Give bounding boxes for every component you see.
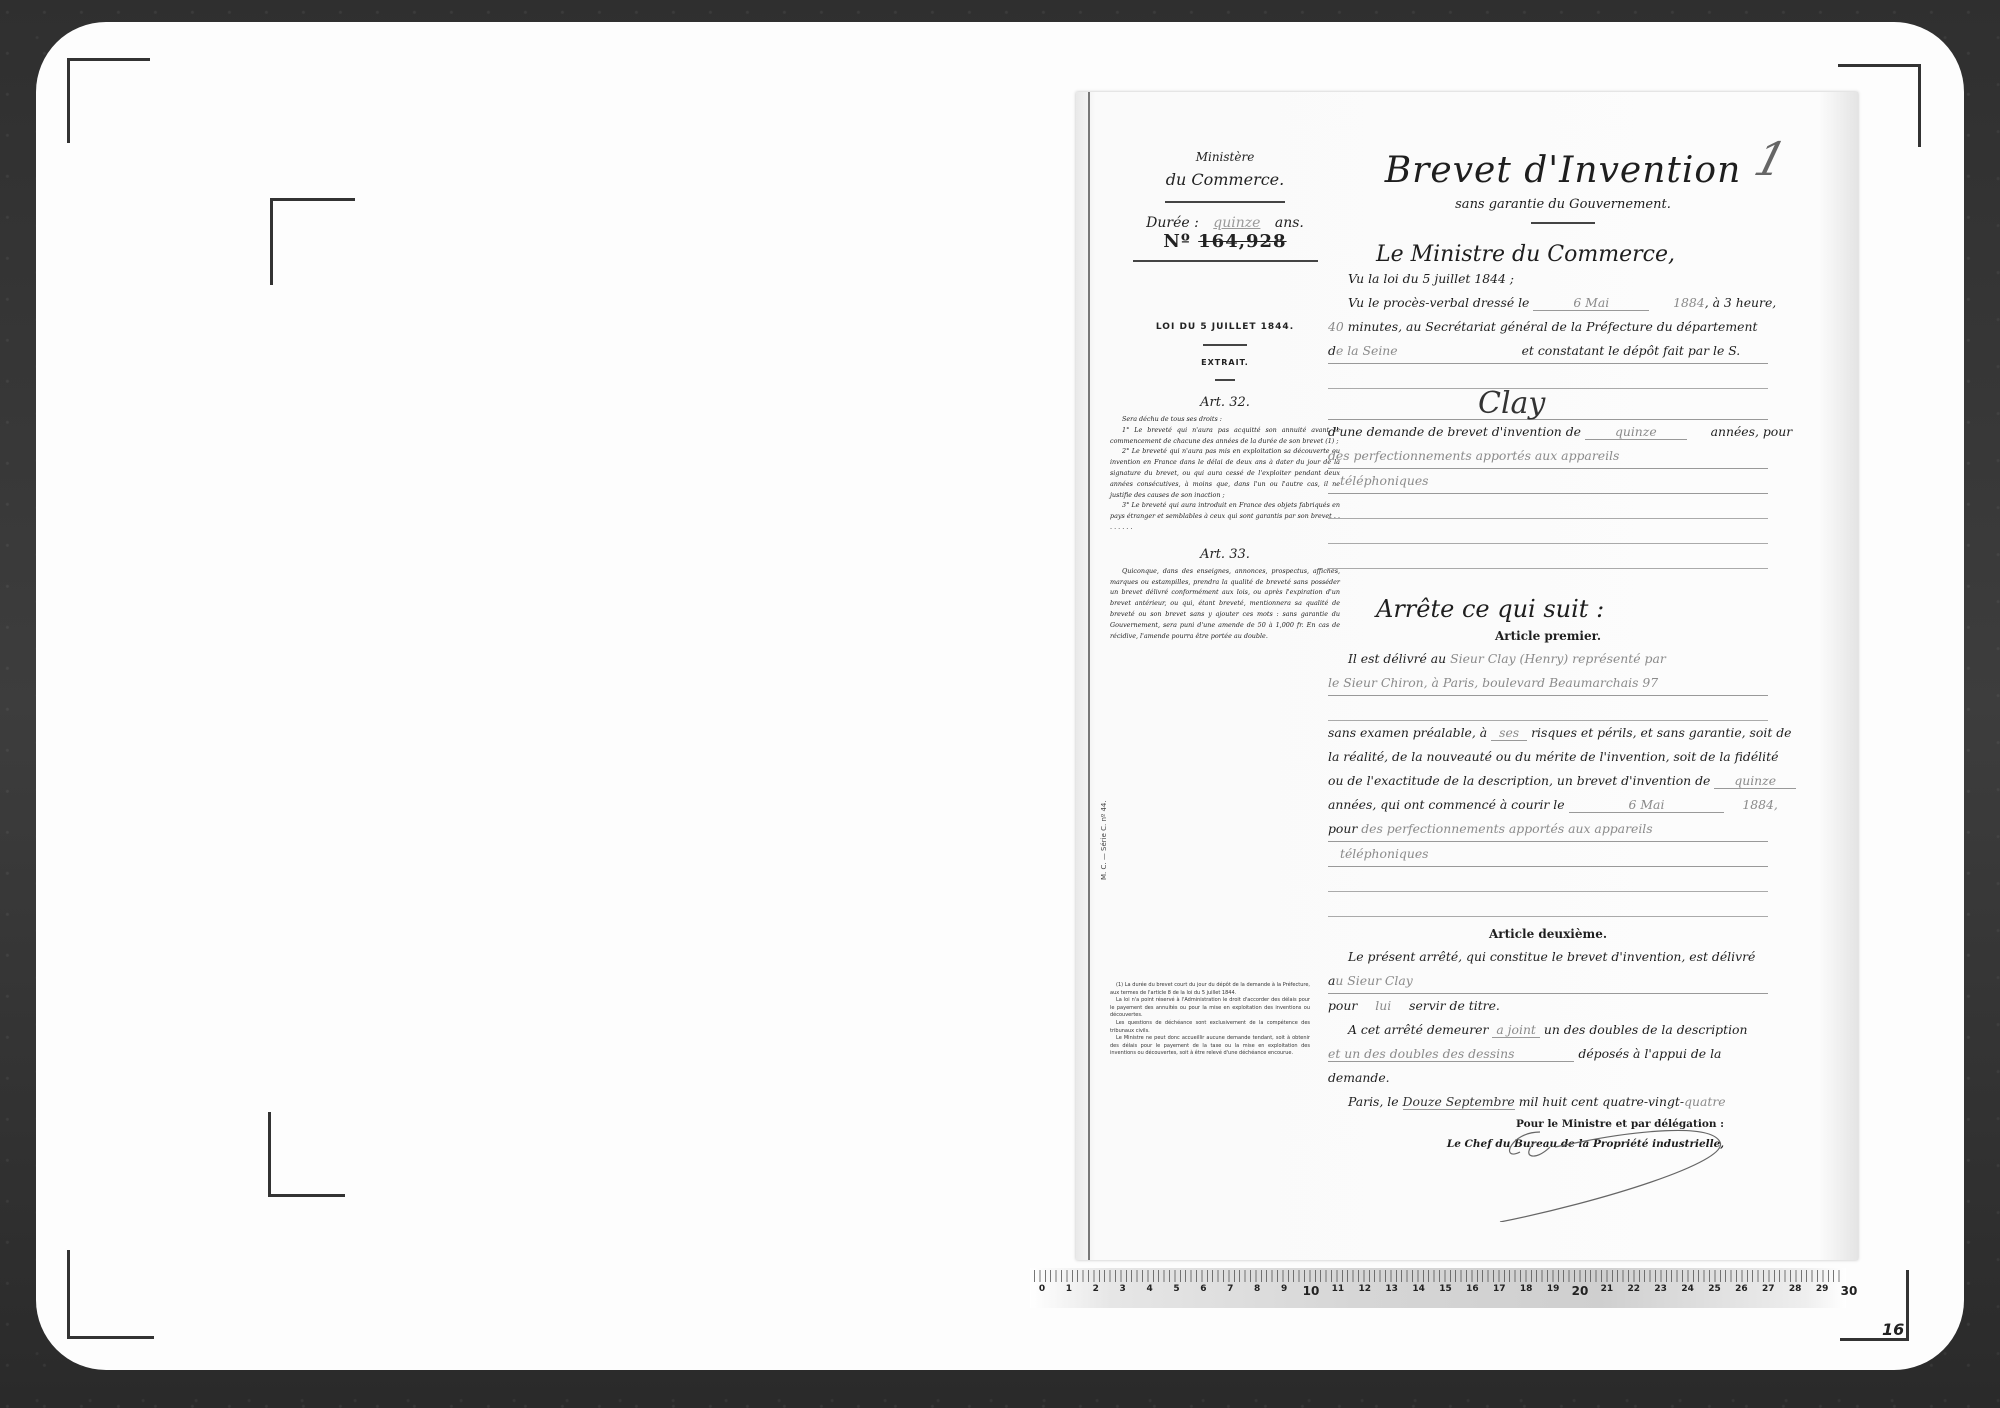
article-33-para: Quiconque, dans des enseignes, annonces,…: [1110, 566, 1340, 642]
left-column: Ministère du Commerce. Durée : quinze an…: [1110, 150, 1340, 641]
article2-text: un des doubles de la description: [1544, 1022, 1748, 1037]
crop-mark-top-left-outer: [67, 58, 150, 143]
extract-label: EXTRAIT.: [1110, 358, 1340, 367]
article-32-para: Sera déchu de tous ses droits :: [1110, 414, 1340, 425]
ruler-label: 29: [1816, 1284, 1829, 1294]
article2-text: A cet arrêté demeurer: [1348, 1022, 1488, 1037]
sheet-binding-edge: [1088, 92, 1090, 1260]
ruler-label: 2: [1093, 1284, 1099, 1294]
article1-duration: quinze: [1714, 773, 1796, 789]
minutes-line: 40 minutes, au Secrétariat général de la…: [1328, 315, 1768, 339]
delivered-prefix: Il est délivré au: [1348, 651, 1446, 666]
ruler-label: 10: [1303, 1284, 1320, 1298]
frame-number: 16: [1882, 1320, 1904, 1339]
ministry-line1: Ministère: [1110, 150, 1340, 164]
ministry-line2: du Commerce.: [1110, 170, 1340, 189]
article1-text: la réalité, de la nouveauté ou du mérite…: [1328, 745, 1768, 769]
footnotes: (1) La durée du brevet court du jour du …: [1110, 982, 1310, 1058]
rule: [1133, 260, 1318, 262]
article2-text: déposés à l'appui de la: [1578, 1046, 1721, 1061]
blank-line: [1328, 364, 1768, 389]
article1-subject-line2: téléphoniques: [1328, 842, 1768, 867]
demand-line: d'une demande de brevet d'invention de q…: [1328, 420, 1768, 444]
ruler-label: 4: [1146, 1284, 1152, 1294]
signature-flourish: [1480, 1102, 1780, 1222]
attached: a joint: [1492, 1022, 1540, 1038]
article-33-heading: Art. 33.: [1110, 547, 1340, 562]
ruler-label: 25: [1708, 1284, 1721, 1294]
ruler-label: 0: [1039, 1284, 1045, 1294]
demand-prefix: d'une demande de brevet d'invention de: [1328, 424, 1581, 439]
article1-heading: Article premier.: [1328, 629, 1768, 643]
document-subtitle: sans garantie du Gouvernement.: [1358, 197, 1768, 212]
deposit-date: 6 Mai: [1533, 295, 1649, 311]
ruler-label: 8: [1254, 1284, 1260, 1294]
main-column: Brevet d'Invention sans garantie du Gouv…: [1328, 150, 1768, 1154]
ruler-label: 1: [1066, 1284, 1072, 1294]
ruler-label: 13: [1385, 1284, 1398, 1294]
deposit-by: et constatant le dépôt fait par le S.: [1522, 343, 1741, 358]
article1-text: risques et périls, et sans garantie, soi…: [1531, 725, 1791, 740]
number-label: Nº: [1163, 231, 1190, 252]
article1-subject-line1: des perfectionnements apportés aux appar…: [1361, 821, 1652, 836]
ruler-label: 14: [1412, 1284, 1425, 1294]
measurement-ruler: 0123456789101112131415161718192021222324…: [1030, 1268, 1846, 1308]
subject-line2: téléphoniques: [1328, 469, 1768, 494]
ruler-label: 6: [1200, 1284, 1206, 1294]
department-prefix: d: [1328, 343, 1336, 358]
ruler-ticks: [1034, 1270, 1840, 1282]
series-code: M. C. — Série C. nº 44.: [1100, 800, 1108, 880]
article2-heading: Article deuxième.: [1328, 927, 1768, 941]
patent-number-line: Nº 164,928: [1110, 231, 1340, 252]
article2-text: Le présent arrêté, qui constitue le brev…: [1328, 945, 1768, 969]
demand-suffix: années, pour: [1711, 424, 1793, 439]
ornamental-rule: [1531, 222, 1595, 224]
article1-subject: pour des perfectionnements apportés aux …: [1328, 817, 1768, 842]
ruler-label: 21: [1601, 1284, 1614, 1294]
beneficiary-line1: Sieur Clay (Henry) représenté par: [1450, 651, 1666, 666]
article2-attachment-line: et un des doubles des dessins déposés à …: [1328, 1042, 1768, 1066]
subject-line1: des perfectionnements apportés aux appar…: [1328, 444, 1768, 469]
blank-line: [1328, 867, 1768, 892]
ruler-label: 19: [1547, 1284, 1560, 1294]
article-32-para: 2° Le breveté qui n'aura pas mis en expl…: [1110, 446, 1340, 500]
article1-line1: Il est délivré au Sieur Clay (Henry) rep…: [1328, 647, 1768, 671]
crop-mark-bottom-left-outer: [67, 1250, 154, 1339]
applicant-name: Clay: [1478, 386, 1545, 421]
document-title: Brevet d'Invention: [1358, 150, 1768, 191]
applicant-line: Clay: [1328, 389, 1768, 420]
ruler-label: 26: [1735, 1284, 1748, 1294]
ruler-label: 22: [1628, 1284, 1641, 1294]
minutes-text: minutes, au Secrétariat général de la Pr…: [1348, 319, 1758, 334]
footnote: La loi n'a point réservé à l'Administrat…: [1110, 997, 1310, 1020]
deposit-year: 1884: [1673, 295, 1705, 310]
article-32-para: 1° Le breveté qui n'aura pas acquitté so…: [1110, 425, 1340, 447]
department-line: de la Seine et constatant le dépôt fait …: [1328, 339, 1768, 364]
deposit-hour: , à 3 heure,: [1705, 295, 1777, 310]
ruler-label: 3: [1120, 1284, 1126, 1294]
ruler-label: 30: [1841, 1284, 1858, 1298]
article1-text: sans examen préalable, à: [1328, 725, 1487, 740]
blank-line: [1328, 544, 1768, 569]
minister-heading: Le Ministre du Commerce,: [1376, 242, 1768, 267]
article-32-heading: Art. 32.: [1110, 395, 1340, 410]
footnote: Les questions de déchéance sont exclusiv…: [1110, 1020, 1310, 1035]
blank-line: [1328, 696, 1768, 721]
blank-line: [1328, 892, 1768, 917]
for-prefix: pour: [1328, 998, 1357, 1013]
article2-text: servir de titre.: [1409, 998, 1500, 1013]
crop-mark-bottom-left-inner: [268, 1112, 345, 1197]
date-prefix: Paris, le: [1348, 1094, 1399, 1109]
ruler-label: 15: [1439, 1284, 1452, 1294]
crop-mark-top-left-inner: [270, 198, 355, 285]
article-32-para: 3° Le breveté qui aura introduit en Fran…: [1110, 500, 1340, 532]
law-title: LOI DU 5 JUILLET 1844.: [1110, 322, 1340, 332]
duration-value: quinze: [1213, 215, 1260, 231]
start-year: 1884,: [1742, 797, 1777, 812]
article1-line5: ou de l'exactitude de la description, un…: [1328, 769, 1768, 793]
ruler-label: 5: [1173, 1284, 1179, 1294]
vu-pv-line: Vu le procès-verbal dressé le 6 Mai 1884…: [1328, 291, 1768, 315]
arrete-heading: Arrête ce qui suit :: [1376, 595, 1768, 623]
ruler-label: 24: [1681, 1284, 1694, 1294]
ruler-label: 17: [1493, 1284, 1506, 1294]
article-32-text: Sera déchu de tous ses droits : 1° Le br…: [1110, 414, 1340, 533]
article1-line3: sans examen préalable, à ses risques et …: [1328, 721, 1768, 745]
blank-line: [1328, 494, 1768, 519]
ruler-label: 16: [1466, 1284, 1479, 1294]
ruler-label: 28: [1789, 1284, 1802, 1294]
rule: [1203, 344, 1247, 346]
footnote: (1) La durée du brevet court du jour du …: [1110, 982, 1310, 997]
blank-line: [1328, 519, 1768, 544]
ruler-label: 18: [1520, 1284, 1533, 1294]
article2-pour-line: pour lui servir de titre.: [1328, 994, 1768, 1018]
article1-line6: années, qui ont commencé à courir le 6 M…: [1328, 793, 1768, 817]
department: e la Seine: [1336, 343, 1398, 358]
duration-unit: ans.: [1275, 215, 1304, 231]
risk-owner: ses: [1491, 725, 1527, 741]
recipient: u Sieur Clay: [1335, 973, 1412, 988]
demand-duration: quinze: [1585, 424, 1687, 440]
vu-pv-prefix: Vu le procès-verbal dressé le: [1348, 295, 1529, 310]
for-label: pour: [1328, 821, 1357, 836]
article2-recipient-line: au Sieur Clay: [1328, 969, 1768, 994]
attachment-detail: et un des doubles des dessins: [1328, 1046, 1574, 1062]
article2-text: demande.: [1328, 1066, 1768, 1090]
ruler-label: 23: [1654, 1284, 1667, 1294]
ruler-label: 7: [1227, 1284, 1233, 1294]
ruler-label: 11: [1332, 1284, 1345, 1294]
ruler-label: 12: [1359, 1284, 1372, 1294]
ruler-label: 9: [1281, 1284, 1287, 1294]
ruler-label: 27: [1762, 1284, 1775, 1294]
ornamental-rule: [1165, 201, 1285, 203]
vu-loi-line: Vu la loi du 5 juillet 1844 ;: [1328, 267, 1768, 291]
footnote: Le Ministre ne peut donc accueillir aucu…: [1110, 1035, 1310, 1058]
article2-joint-line: A cet arrêté demeurer a joint un des dou…: [1328, 1018, 1768, 1042]
article-33-text: Quiconque, dans des enseignes, annonces,…: [1110, 566, 1340, 642]
pronoun: lui: [1375, 998, 1391, 1013]
patent-number: 164,928: [1198, 231, 1286, 252]
article1-text: ou de l'exactitude de la description, un…: [1328, 773, 1710, 788]
start-date: 6 Mai: [1569, 797, 1725, 813]
rule: [1215, 379, 1235, 381]
ruler-label: 20: [1572, 1284, 1589, 1298]
deposit-minutes: 40: [1328, 319, 1344, 334]
duration-line: Durée : quinze ans.: [1110, 215, 1340, 231]
duration-label: Durée :: [1146, 215, 1199, 231]
article1-text: années, qui ont commencé à courir le: [1328, 797, 1565, 812]
beneficiary-line2: le Sieur Chiron, à Paris, boulevard Beau…: [1328, 671, 1768, 696]
